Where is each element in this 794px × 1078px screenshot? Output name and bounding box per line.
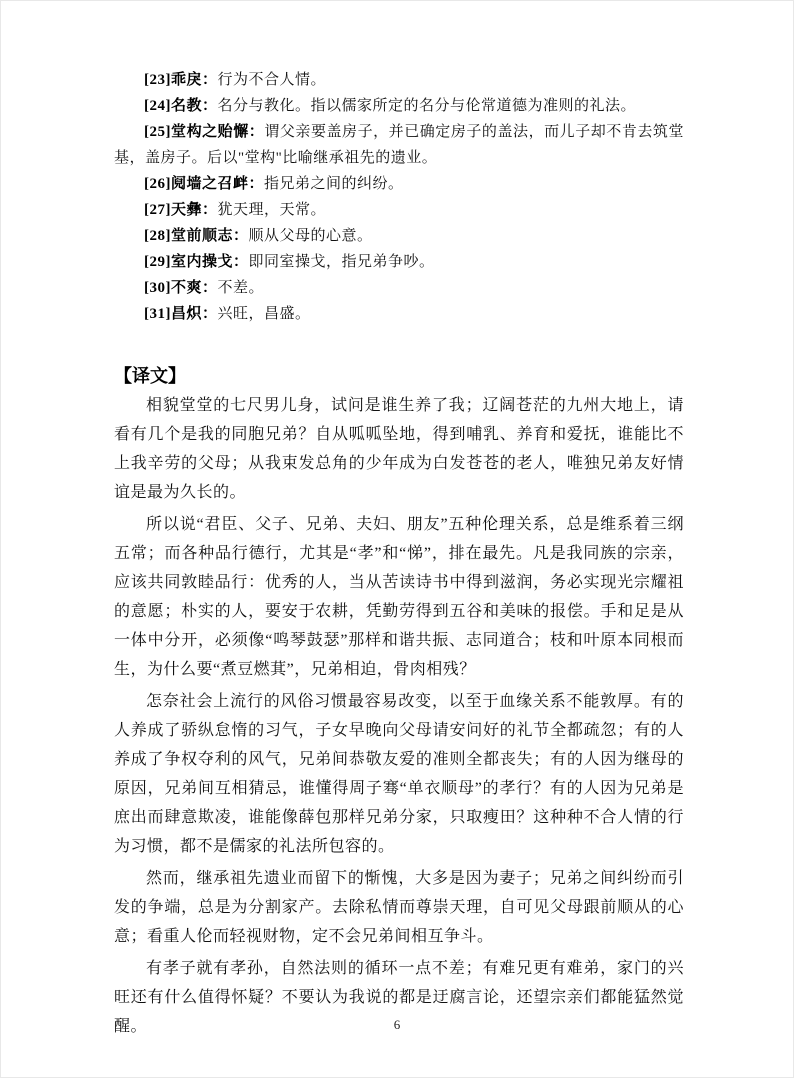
note-item-30: [30]不爽：不差。 xyxy=(114,275,684,301)
note-term: 不爽 xyxy=(171,280,202,296)
note-number: [30] xyxy=(144,280,171,296)
note-colon: ： xyxy=(202,280,218,296)
document-page: [23]乖戾：行为不合人情。 [24]名教：名分与教化。指以儒家所定的名分与伦常… xyxy=(0,0,794,1078)
note-colon: ： xyxy=(249,176,265,192)
translation-section-header: 【译文】 xyxy=(114,364,684,388)
note-definition: 不差。 xyxy=(218,280,265,296)
note-item-26: [26]阋墙之召衅：指兄弟之间的纠纷。 xyxy=(114,171,684,197)
note-term: 堂构之贻懈 xyxy=(171,124,249,140)
page-number: 6 xyxy=(1,1017,793,1033)
translation-paragraph-2: 所以说“君臣、父子、兄弟、夫妇、朋友”五种伦理关系，总是维系着三纲五常；而各种品… xyxy=(114,510,684,684)
note-definition: 即同室操戈，指兄弟争吵。 xyxy=(249,254,435,270)
note-item-23: [23]乖戾：行为不合人情。 xyxy=(114,67,684,93)
note-item-29: [29]室内操戈：即同室操戈，指兄弟争吵。 xyxy=(114,249,684,275)
note-item-27: [27]天彝：犹天理，天常。 xyxy=(114,197,684,223)
note-term: 室内操戈 xyxy=(171,254,233,270)
note-definition: 名分与教化。指以儒家所定的名分与伦常道德为准则的礼法。 xyxy=(218,98,637,114)
note-colon: ： xyxy=(202,202,218,218)
note-number: [28] xyxy=(144,228,171,244)
note-item-28: [28]堂前顺志：顺从父母的心意。 xyxy=(114,223,684,249)
note-colon: ： xyxy=(202,306,218,322)
note-definition: 顺从父母的心意。 xyxy=(249,228,373,244)
note-number: [29] xyxy=(144,254,171,270)
note-item-25: [25]堂构之贻懈：谓父亲要盖房子，并已确定房子的盖法，而儿子却不肯去筑堂基，盖… xyxy=(114,119,684,171)
translation-paragraph-4: 然而，继承祖先遗业而留下的惭愧，大多是因为妻子；兄弟之间纠纷而引发的争端，总是为… xyxy=(114,864,684,951)
note-item-31: [31]昌炽：兴旺，昌盛。 xyxy=(114,301,684,327)
note-number: [27] xyxy=(144,202,171,218)
note-number: [31] xyxy=(144,306,171,322)
note-definition: 指兄弟之间的纠纷。 xyxy=(264,176,404,192)
note-colon: ： xyxy=(202,98,218,114)
note-definition: 犹天理，天常。 xyxy=(218,202,327,218)
note-definition: 行为不合人情。 xyxy=(218,72,327,88)
note-term: 阋墙之召衅 xyxy=(171,176,249,192)
note-number: [23] xyxy=(144,72,171,88)
note-item-24: [24]名教：名分与教化。指以儒家所定的名分与伦常道德为准则的礼法。 xyxy=(114,93,684,119)
translation-paragraph-1: 相貌堂堂的七尺男儿身，试问是谁生养了我；辽阔苍茫的九州大地上，请看有几个是我的同… xyxy=(114,391,684,507)
translation-paragraph-3: 怎奈社会上流行的风俗习惯最容易改变，以至于血缘关系不能敦厚。有的人养成了骄纵怠惰… xyxy=(114,687,684,861)
note-number: [25] xyxy=(144,124,171,140)
note-number: [26] xyxy=(144,176,171,192)
note-number: [24] xyxy=(144,98,171,114)
note-colon: ： xyxy=(249,124,265,140)
note-term: 名教 xyxy=(171,98,202,114)
page-content: [23]乖戾：行为不合人情。 [24]名教：名分与教化。指以儒家所定的名分与伦常… xyxy=(114,67,684,1041)
note-colon: ： xyxy=(233,254,249,270)
note-term: 乖戾 xyxy=(171,72,202,88)
note-colon: ： xyxy=(233,228,249,244)
note-colon: ： xyxy=(202,72,218,88)
note-definition: 兴旺，昌盛。 xyxy=(218,306,311,322)
note-term: 堂前顺志 xyxy=(171,228,233,244)
note-term: 天彝 xyxy=(171,202,202,218)
note-term: 昌炽 xyxy=(171,306,202,322)
